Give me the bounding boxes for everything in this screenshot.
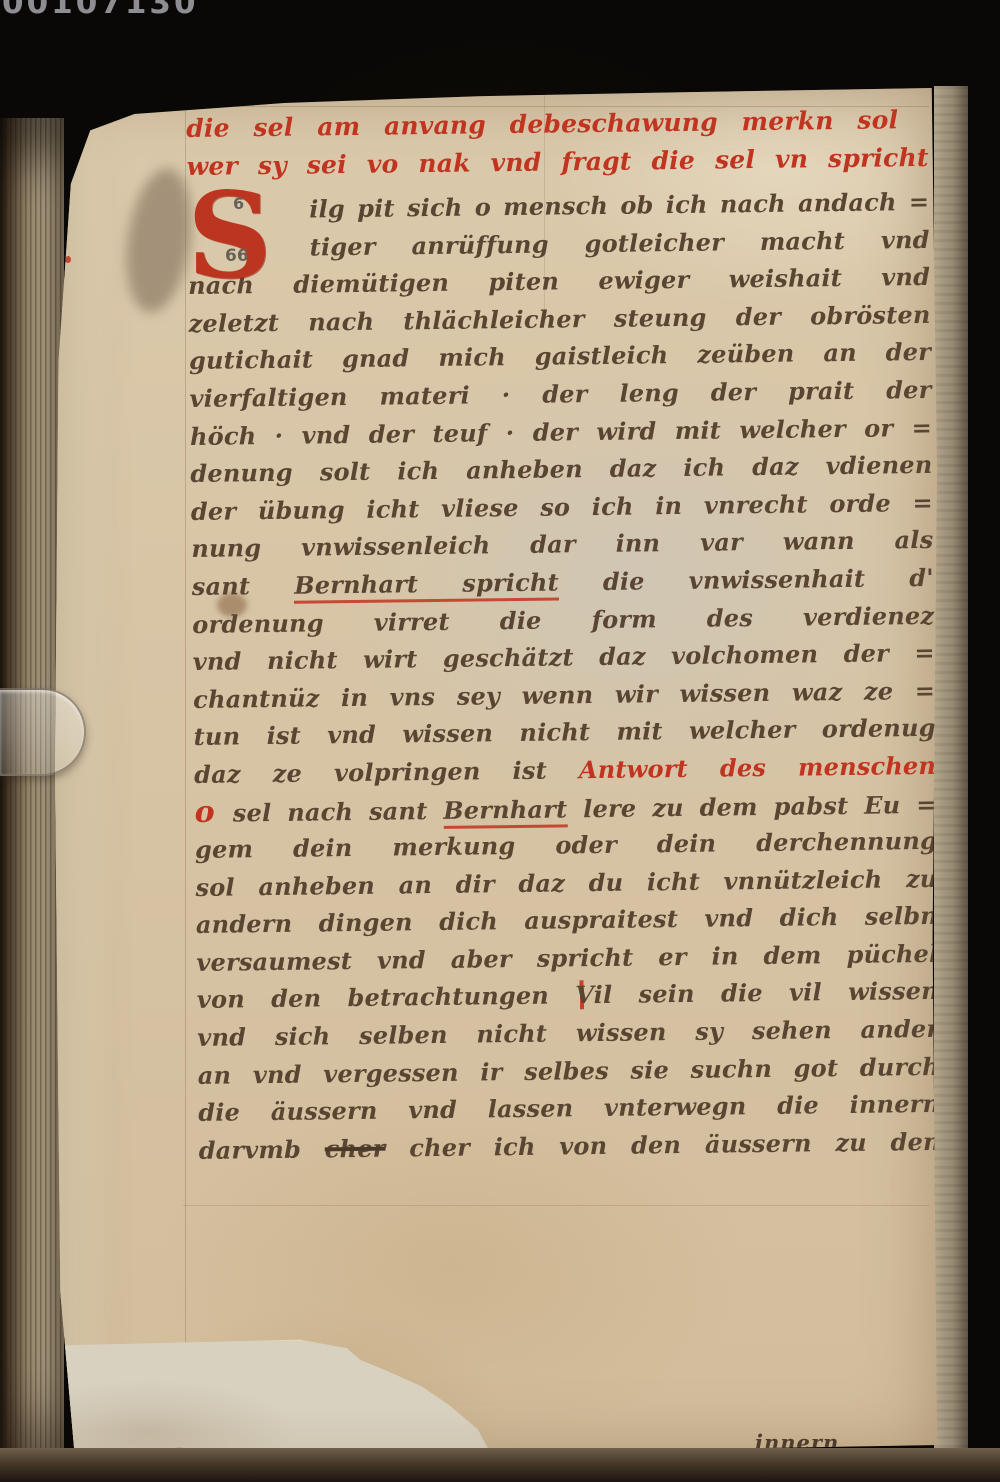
text-segment: cher ich von den äussern zu den [385, 1127, 940, 1163]
text-segment: o [194, 794, 233, 829]
manuscript-line: darvmb cher cher ich von den äussern zu … [198, 1123, 940, 1170]
red-initial-letter: S [187, 184, 305, 288]
left-margin-ruling [185, 104, 186, 1348]
text-segment: lere zu dem pabst Eu = [567, 789, 937, 823]
text-segment: sol anheben an dir daz du icht vnnützlei… [195, 864, 937, 902]
text-segment: denung solt ich anheben daz ich daz vdie… [190, 450, 932, 488]
text-segment: vnd sich selben nicht wissen sy sehen an… [197, 1014, 939, 1052]
text-segment: von den betrachtungen [197, 981, 576, 1015]
pencil-folio-mark: 66 [225, 246, 249, 266]
text-segment: sel nach sant [233, 795, 444, 827]
fore-edge-leaf-stack [934, 86, 968, 1464]
scan-id-number: 00107130 [2, 0, 199, 21]
text-segment: gutichait gnad mich gaistleich zeüben an… [189, 337, 931, 375]
rubric-line: wer sy sei vo nak vnd fragt die sel vn s… [186, 139, 928, 186]
text-segment: il sein die vil wissen [593, 976, 939, 1009]
text-segment: Bernhart spricht [294, 567, 559, 603]
text-segment: chantnüz in vns sey wenn wir wissen waz … [193, 676, 935, 714]
text-segment: ilg pit sich o mensch ob ich nach andach… [309, 187, 929, 224]
text-segment: Bernhart [443, 794, 567, 829]
red-ink-dot [65, 256, 71, 263]
text-segment: vnd nicht wirt geschätzt daz volchomen d… [193, 638, 935, 676]
text-segment: sant [192, 571, 295, 601]
text-segment: die vnwissenhait d' [559, 563, 934, 597]
manuscript-photo: 00107130 die sel am anvang debeschawung … [0, 0, 1000, 1482]
acrylic-page-holder-clip [0, 688, 86, 776]
opening-initial: S 6 66 [187, 184, 305, 298]
text-segment: vierfaltigen materi · der leng der prait… [189, 375, 931, 413]
text-segment: versaumest vnd aber spricht er in dem pü… [196, 939, 938, 977]
text-segment: Antwort des menschen [579, 751, 936, 784]
manuscript-page: die sel am anvang debeschawung merkn sol… [55, 88, 937, 1456]
text-segment: nung vnwissenleich dar inn var wann als [191, 525, 933, 563]
bottom-ruling [183, 1205, 929, 1206]
text-segment: tun ist vnd wissen nicht mit welcher ord… [193, 713, 935, 751]
pencil-folio-mark: 6 [233, 194, 244, 213]
text-segment: darvmb [199, 1134, 325, 1165]
text-segment: V [575, 981, 594, 1010]
text-segment: cher [325, 1133, 386, 1163]
text-segment: ordenung virret die form des verdienez [192, 600, 934, 638]
text-segment: gem dein merkung oder dein derchennung [195, 826, 937, 864]
book-gutter-leaf-edges [0, 118, 64, 1482]
text-segment: an vnd vergessen ir selbes sie suchn got… [198, 1052, 940, 1090]
text-segment: höch · vnd der teuf · der wird mit welch… [190, 412, 932, 450]
text-segment: tiger anrüffung gotleicher macht vnd [310, 225, 930, 262]
text-segment: zeletzt nach thlächleicher steung der ob… [188, 300, 930, 338]
torn-corner-revealed-leaf [55, 1336, 525, 1456]
text-lines: ilg pit sich o mensch ob ich nach andach… [187, 183, 941, 1169]
bottom-leaf-block-edge [0, 1448, 1000, 1482]
text-segment: die äussern vnd lassen vnterwegn die inn… [198, 1089, 940, 1127]
text-segment: andern dingen dich auspraitest vnd dich … [196, 901, 938, 939]
text-segment: daz ze volpringen ist [194, 755, 579, 789]
text-segment: der übung icht vliese so ich in vnrecht … [191, 488, 933, 526]
